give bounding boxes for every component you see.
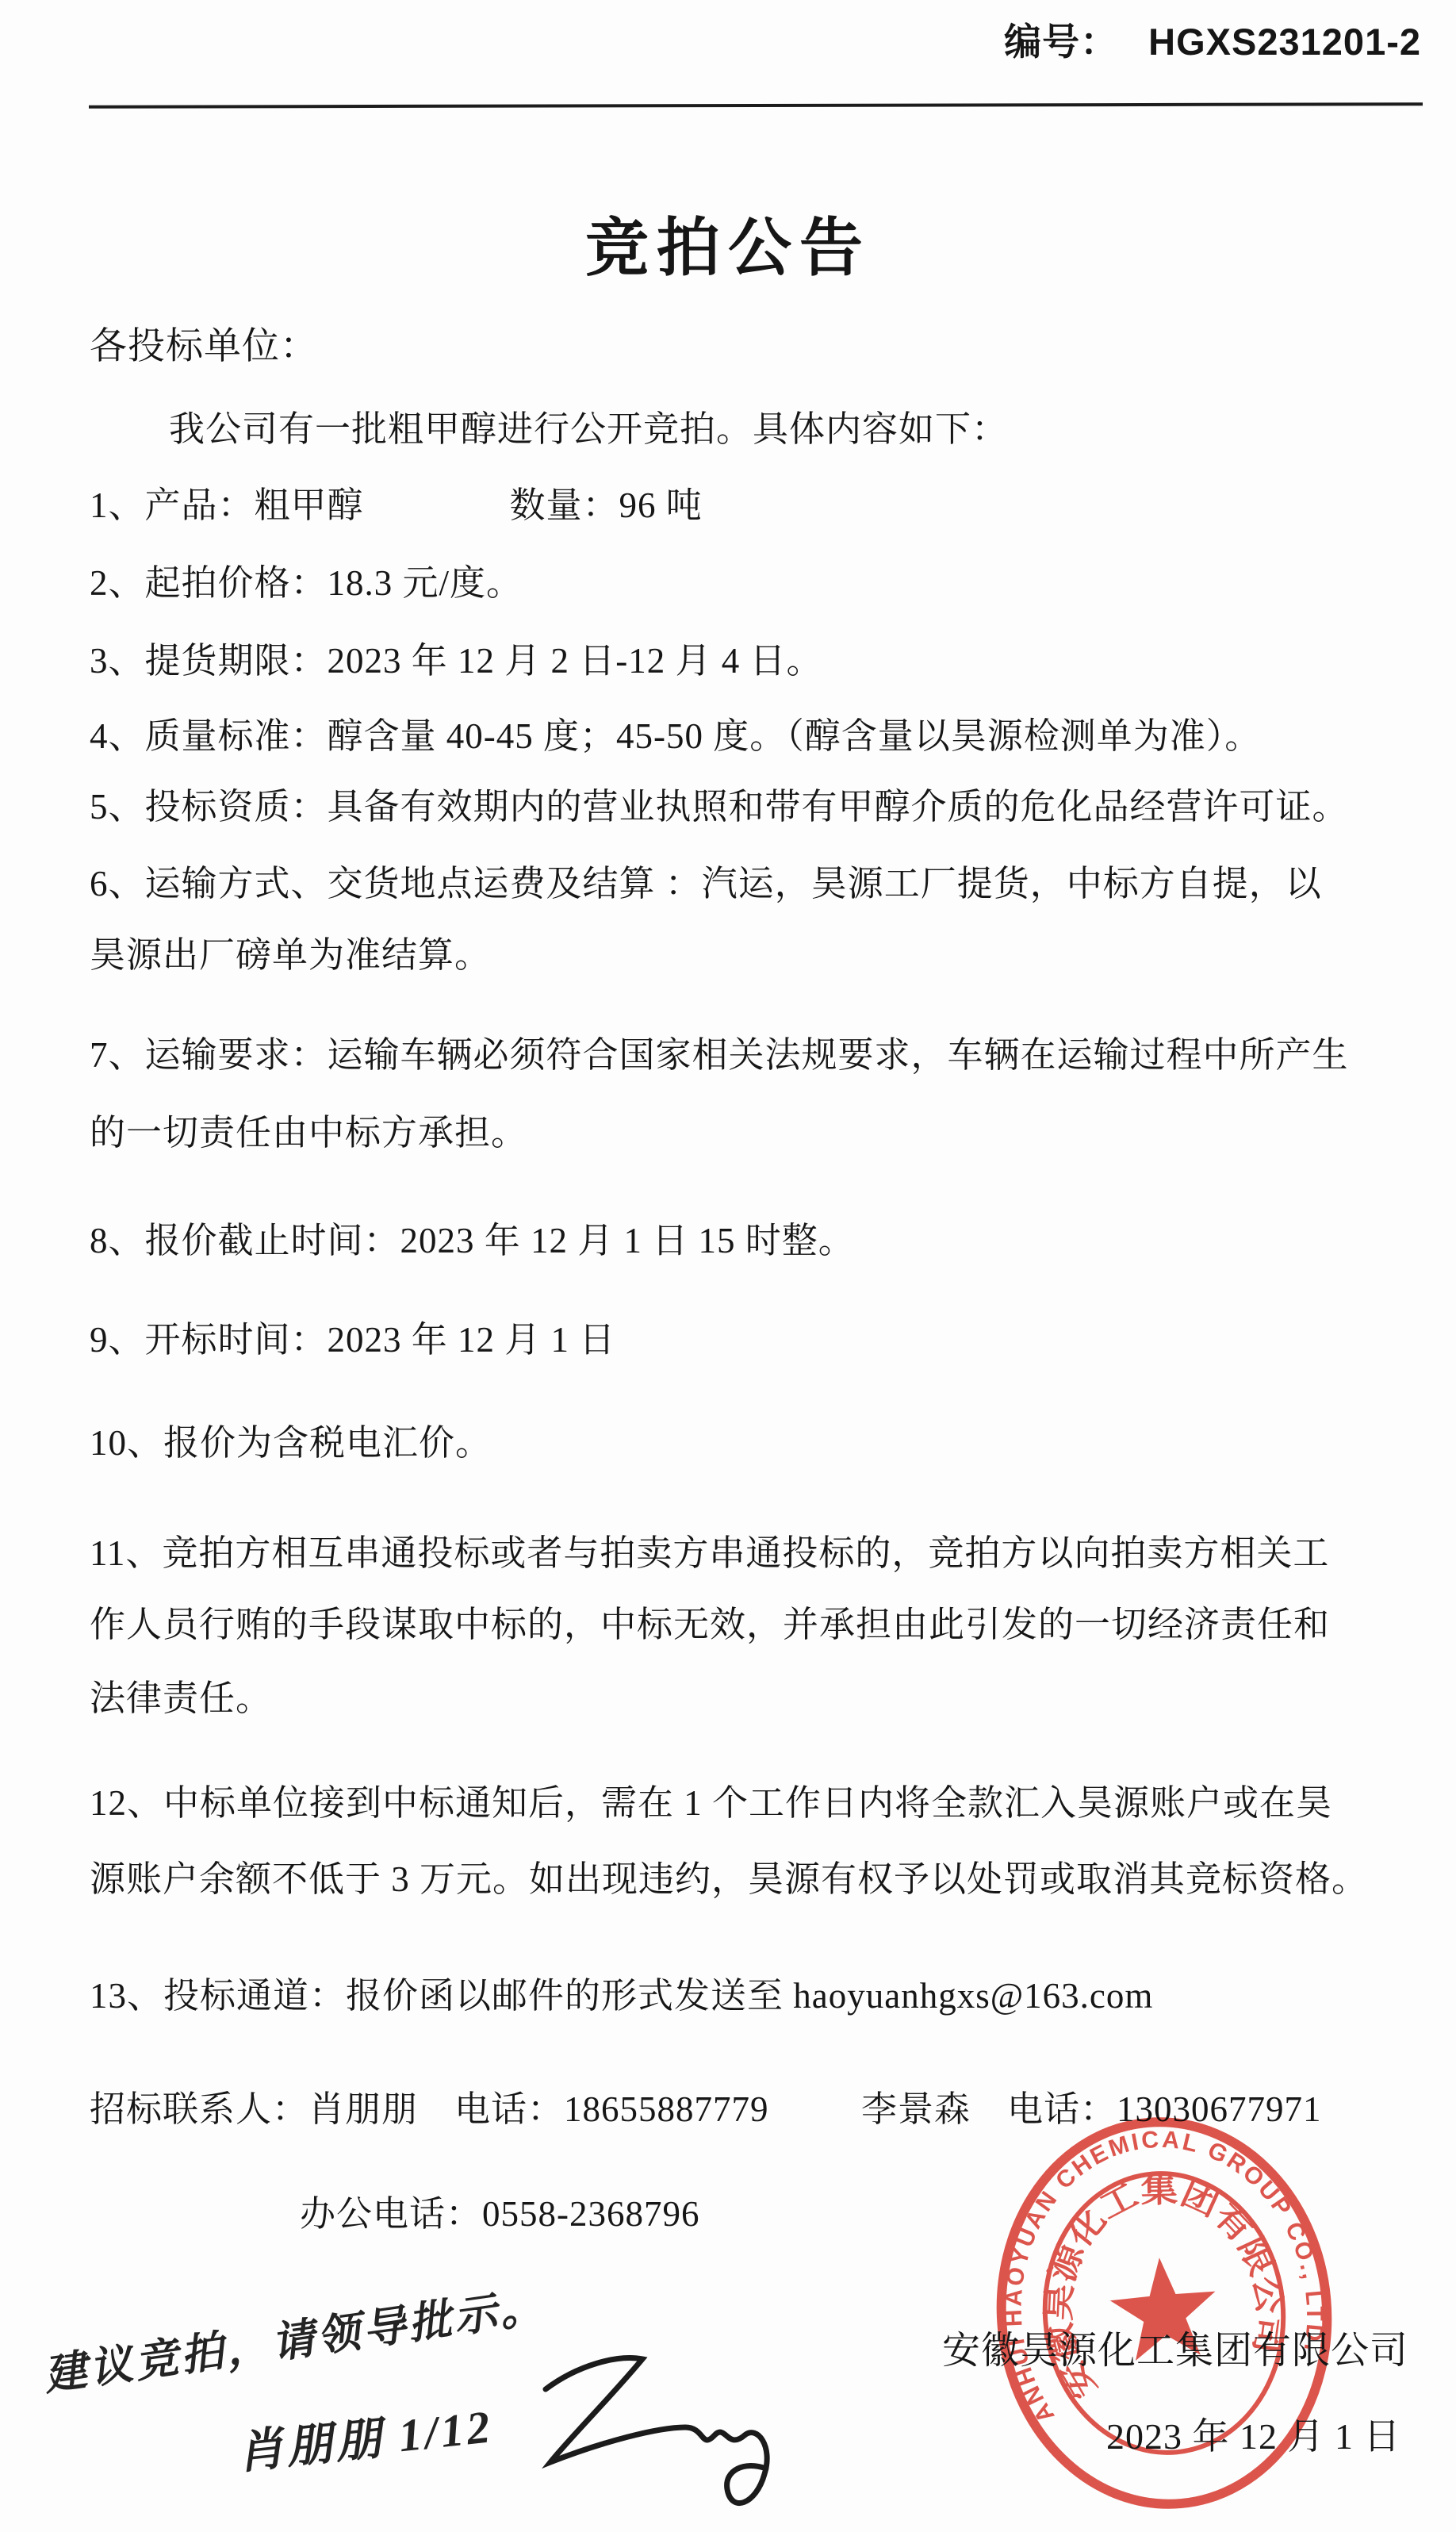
issue-date: 2023 年 12 月 1 日 — [1106, 2416, 1401, 2458]
contact-primary: 招标联系人：肖朋朋 电话：18655887779 — [90, 2089, 769, 2131]
company-name: 安徽昊源化工集团有限公司 — [942, 2329, 1408, 2373]
item-7-line-1: 7、运输要求：运输车辆必须符合国家相关法规要求，车辆在运输过程中所产生 — [90, 1035, 1349, 1076]
item-10: 10、报价为含税电汇价。 — [90, 1423, 492, 1464]
handwritten-signer: 肖朋朋 1/12 — [233, 2388, 496, 2481]
item-1: 1、产品：粗甲醇 数量：96 吨 — [90, 485, 703, 527]
item-9: 9、开标时间：2023 年 12 月 1 日 — [90, 1320, 615, 1361]
item-3: 3、提货期限：2023 年 12 月 2 日-12 月 4 日。 — [90, 641, 823, 682]
item-12-line-1: 12、中标单位接到中标通知后，需在 1 个工作日内将全款汇入昊源账户或在昊 — [90, 1783, 1332, 1824]
intro-line: 我公司有一批粗甲醇进行公开竞拍。具体内容如下： — [169, 409, 1008, 451]
doc-ref: 编号：HGXS231201-2 — [1004, 21, 1421, 64]
item-5: 5、投标资质：具备有效期内的营业执照和带有甲醇介质的危化品经营许可证。 — [90, 787, 1349, 828]
item-6-line-2: 昊源出厂磅单为准结算。 — [90, 935, 491, 976]
item-4: 4、质量标准：醇含量 40-45 度；45-50 度。（醇含量以昊源检测单为准）… — [90, 716, 1261, 758]
handwritten-note: 建议竞拍，请领导批示。 — [40, 2272, 550, 2403]
page-title: 竞拍公告 — [0, 213, 1456, 286]
item-11-line-1: 11、竞拍方相互串通投标或者与拍卖方串通投标的，竞拍方以向拍卖方相关工 — [90, 1533, 1329, 1575]
scanned-document: 编号：HGXS231201-2 竞拍公告 各投标单位： 我公司有一批粗甲醇进行公… — [0, 0, 1456, 2532]
office-phone: 办公电话：0558-2368796 — [300, 2194, 700, 2235]
item-13: 13、投标通道：报价函以邮件的形式发送至 haoyuanhgxs@163.com — [90, 1976, 1153, 2017]
ref-number: HGXS231201-2 — [1148, 21, 1421, 63]
item-2: 2、起拍价格：18.3 元/度。 — [90, 563, 523, 604]
item-8: 8、报价截止时间：2023 年 12 月 1 日 15 时整。 — [90, 1221, 855, 1262]
item-11-line-3: 法律责任。 — [90, 1678, 272, 1720]
item-7-line-2: 的一切责任由中标方承担。 — [90, 1113, 527, 1154]
item-12-line-2: 源账户余额不低于 3 万元。如出现违约，昊源有权予以处罚或取消其竞标资格。 — [90, 1859, 1368, 1901]
item-11-line-2: 作人员行贿的手段谋取中标的，中标无效，并承担由此引发的一切经济责任和 — [90, 1605, 1330, 1646]
salutation: 各投标单位： — [90, 325, 318, 368]
signature-scribble — [514, 2334, 799, 2532]
item-6-line-1: 6、运输方式、交货地点运费及结算 ：汽运，昊源工厂提货，中标方自提，以 — [90, 864, 1322, 905]
header-divider-line — [89, 102, 1423, 109]
ref-label: 编号： — [1004, 22, 1118, 63]
signature-stroke — [546, 2358, 767, 2503]
